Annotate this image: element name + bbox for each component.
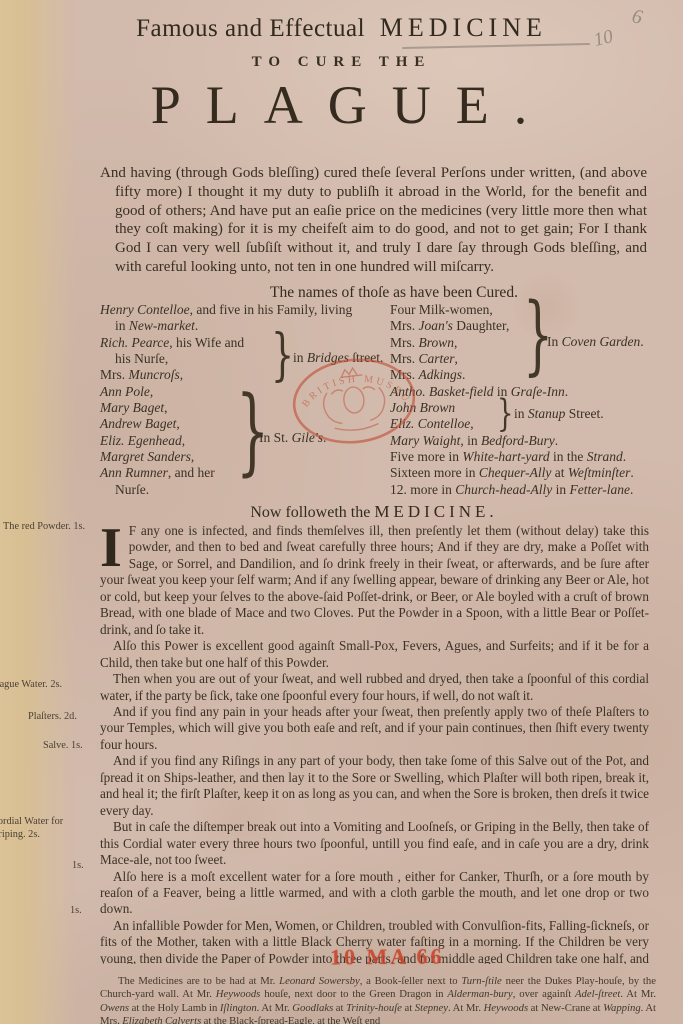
location-label: in Stanup Street. xyxy=(514,406,604,422)
date-stamp: 10 MA 66 xyxy=(330,944,445,971)
list-item: Rich. Pearce, his Wife and xyxy=(100,335,388,351)
medicine-heading-text: Now followeth the xyxy=(250,504,370,521)
location-label: In Coven Garden. xyxy=(547,334,644,350)
paragraph: And if you find any pain in your heads a… xyxy=(100,704,649,753)
medicine-heading: Now followeth the MEDICINE. xyxy=(100,502,648,522)
list-item: Henry Contelloe, and five in his Family,… xyxy=(100,302,388,318)
paragraph: And if you find any Riſings in any part … xyxy=(100,753,649,819)
list-item: Five more in White-hart-yard in the Stra… xyxy=(390,449,682,465)
title-famous: Famous and Effectual xyxy=(136,15,365,42)
title-plague: PLAGUE. xyxy=(0,74,683,136)
margin-note: 1s. xyxy=(70,905,82,918)
paragraph: Alſo this Power is excellent good againſ… xyxy=(100,638,649,671)
binding-edge xyxy=(0,0,78,1024)
paragraph: Then when you are out of your ſweat, and… xyxy=(100,671,649,704)
list-item: in New-market. xyxy=(100,318,388,334)
brace-glyph: } xyxy=(497,397,513,430)
pencil-underline-mark xyxy=(402,43,590,49)
dropcap-initial: I xyxy=(100,525,122,571)
medicine-heading-word: MEDICINE. xyxy=(374,502,497,521)
footer-paragraph: The Medicines are to be had at Mr. Leona… xyxy=(100,975,656,1024)
subtitle-to-cure-the: TO CURE THE xyxy=(0,54,683,71)
list-item: Mary Waight, in Bedford-Bury. xyxy=(390,433,682,449)
margin-note: 1s. xyxy=(72,860,84,873)
margin-note: Plague Water. 2s. xyxy=(0,679,62,692)
cured-heading: The names of thoſe as have been Cured. xyxy=(100,284,648,302)
paragraph-text: F any one is infected, and finds themſel… xyxy=(100,523,649,637)
margin-note: Plaſters. 2d. xyxy=(28,711,77,724)
medicine-body: IF any one is infected, and finds themſe… xyxy=(100,523,649,964)
page-title: Famous and Effectual MEDICINE xyxy=(0,13,683,43)
margin-note: The red Powder. 1s. xyxy=(3,521,85,534)
document-page: Famous and Effectual MEDICINE 6 10 TO CU… xyxy=(0,0,683,1024)
margin-note: Salve. 1s. xyxy=(43,740,83,753)
intro-paragraph: And having (through Gods bleſſing) cured… xyxy=(100,164,647,277)
list-item: 12. more in Church-head-Ally in Fetter-l… xyxy=(390,482,682,498)
title-medicine: MEDICINE xyxy=(380,13,547,42)
list-item: Antho. Basket-field in Graſe-Inn. xyxy=(390,384,682,400)
list-item: Sixteen more in Chequer-Ally at Weſtminſ… xyxy=(390,465,682,481)
british-museum-stamp: BRITISH MUSEUM xyxy=(283,347,424,454)
paragraph: IF any one is infected, and finds themſe… xyxy=(100,523,649,638)
paragraph: Alſo here is a moſt excellent water for … xyxy=(100,869,649,918)
paragraph: But in caſe the diſtemper break out into… xyxy=(100,819,649,868)
margin-note: Cordial Water for Griping. 2s. xyxy=(0,816,97,841)
